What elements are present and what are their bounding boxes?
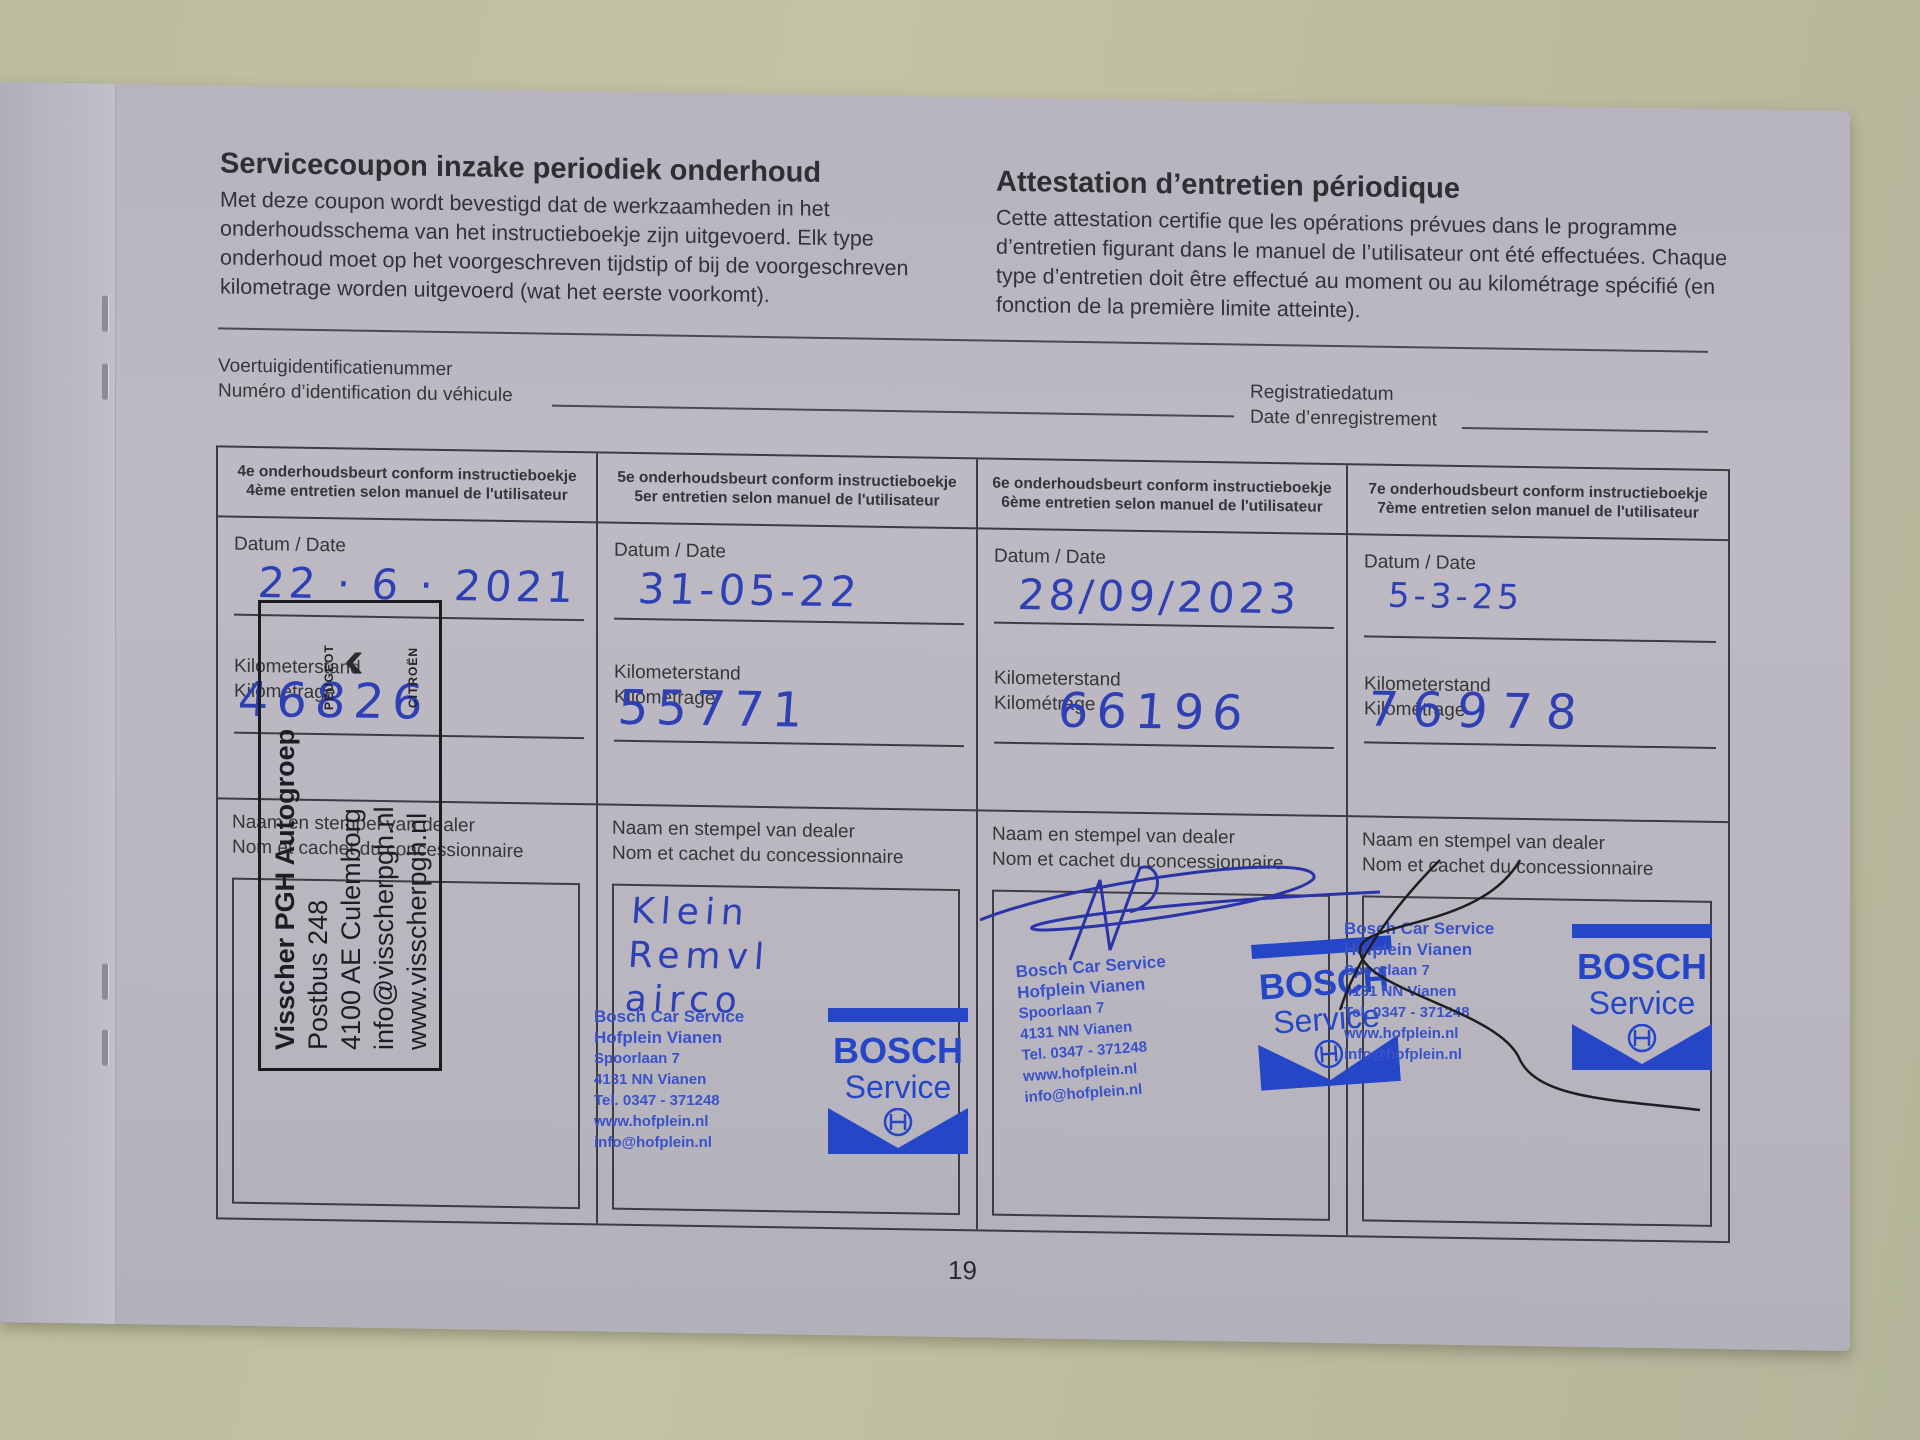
signatures bbox=[0, 0, 1920, 1440]
signature-coupon-7 bbox=[1340, 860, 1700, 1110]
signature-coupon-6 bbox=[980, 867, 1380, 960]
